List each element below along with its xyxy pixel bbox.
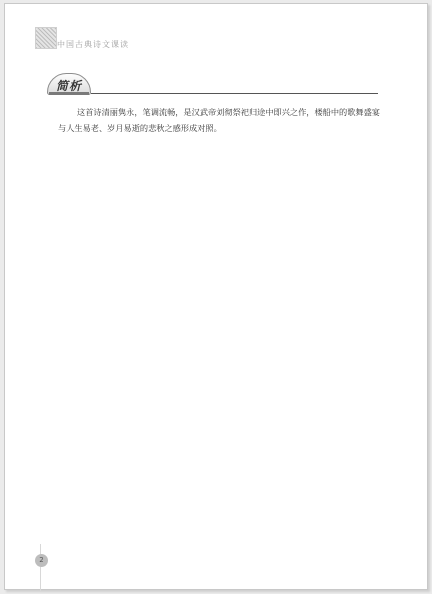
badge-base-bar: [49, 92, 89, 95]
page-number: 2: [35, 554, 48, 567]
page-number-guide-line: [40, 544, 41, 592]
decorative-seal-icon: [35, 27, 57, 49]
section-rule: [91, 93, 378, 94]
analysis-paragraph: 这首诗清丽隽永，笔调流畅，是汉武帝刘彻祭祀归途中即兴之作，楼船中的歌舞盛宴与人生…: [58, 104, 380, 136]
document-page: 中国古典诗文课读 简析 这首诗清丽隽永，笔调流畅，是汉武帝刘彻祭祀归途中即兴之作…: [4, 3, 428, 590]
section-badge: 简析: [47, 73, 91, 95]
running-header-title: 中国古典诗文课读: [57, 39, 129, 50]
